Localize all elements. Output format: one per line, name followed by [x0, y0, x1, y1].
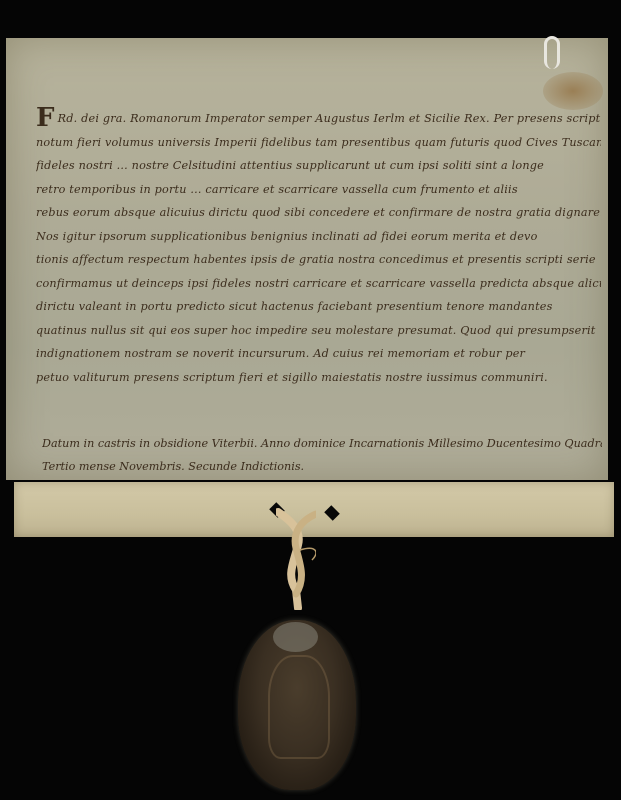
text-line-11: indignationem nostram se noverit incursu… [36, 342, 601, 366]
text-line-1: FRd. dei gra. Romanorum Imperator semper… [36, 107, 601, 131]
text-line-5: rebus eorum absque alicuius dirictu quod… [36, 201, 601, 225]
text-line-3: fideles nostri ... nostre Celsitudini at… [36, 154, 601, 178]
charter-text: FRd. dei gra. Romanorum Imperator semper… [36, 107, 601, 389]
text-line-7: tionis affectum respectum habentes ipsis… [36, 248, 601, 272]
text-line-8: confirmamus ut deinceps ipsi fideles nos… [36, 272, 601, 296]
text-line-4: retro temporibus in portu ... carricare … [36, 178, 601, 202]
dating-line-2: Tertio mense Novembris. Secunde Indictio… [42, 455, 602, 478]
water-stain [543, 72, 603, 110]
text-line-10: quatinus nullus sit qui eos super hoc im… [36, 319, 601, 343]
text-line-9: dirictu valeant in portu predicto sicut … [36, 295, 601, 319]
wax-seal [238, 620, 356, 790]
text-line-6: Nos igitur ipsorum supplicationibus beni… [36, 225, 601, 249]
seal-attachment [273, 622, 318, 652]
decorated-initial: F [36, 107, 55, 131]
seal-figure-impression [268, 655, 330, 759]
dating-line-1: Datum in castris in obsidione Viterbii. … [42, 432, 602, 455]
thread-loop [544, 36, 560, 69]
silk-cord [276, 490, 316, 610]
dating-clause: Datum in castris in obsidione Viterbii. … [42, 432, 602, 478]
text-line-2: notum fieri volumus universis Imperii fi… [36, 131, 601, 155]
text-line-12: petuo valiturum presens scriptum fieri e… [36, 366, 601, 390]
